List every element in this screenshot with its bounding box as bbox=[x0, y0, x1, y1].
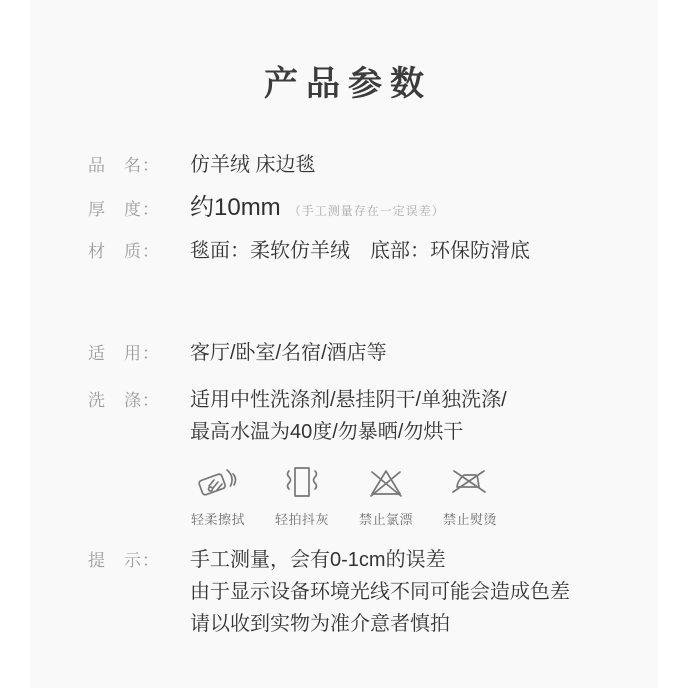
page-title: 产品参数 bbox=[30, 56, 658, 105]
row-product-name: 品 名： 仿羊绒 床边毯 bbox=[88, 153, 316, 178]
row-thickness: 厚 度： 约10mm （手工测量存在一定误差） bbox=[88, 193, 445, 226]
tips-line-3: 请以收到实物为准介意者慎拍 bbox=[190, 608, 570, 640]
row-value: 手工测量，会有0-1cm的误差 由于显示设备环境光线不同可能会造成色差 请以收到… bbox=[190, 544, 570, 640]
content-panel: 产品参数 品 名： 仿羊绒 床边毯 厚 度： 约10mm （手工测量存在一定误差… bbox=[30, 0, 658, 688]
care-instructions: 轻柔擦拭 轻拍抖灰 bbox=[180, 462, 508, 528]
washing-line-1: 适用中性洗涤剂/悬挂阴干/单独洗涤/ bbox=[190, 384, 507, 416]
row-value: 客厅/卧室/名宿/酒店等 bbox=[190, 341, 387, 365]
row-label: 适 用： bbox=[88, 342, 190, 366]
pat-dust-icon bbox=[280, 462, 324, 506]
no-chlorine-bleach-icon bbox=[364, 462, 408, 506]
row-value: 仿羊绒 床边毯 bbox=[190, 153, 316, 177]
row-value: 毯面：柔软仿羊绒 底部：环保防滑底 bbox=[190, 239, 530, 263]
care-item-no-bleach: 禁止氯漂 bbox=[348, 462, 424, 528]
care-item-no-iron: 禁止熨烫 bbox=[432, 462, 508, 528]
care-label: 禁止熨烫 bbox=[443, 509, 497, 528]
row-label: 材 质： bbox=[88, 240, 190, 264]
tips-line-1: 手工测量，会有0-1cm的误差 bbox=[190, 544, 570, 576]
care-label: 轻柔擦拭 bbox=[191, 509, 245, 528]
care-label: 轻拍抖灰 bbox=[275, 509, 329, 528]
row-label: 品 名： bbox=[88, 154, 190, 178]
care-label: 禁止氯漂 bbox=[359, 509, 413, 528]
row-material: 材 质： 毯面：柔软仿羊绒 底部：环保防滑底 bbox=[88, 239, 530, 264]
care-item-pat-dust: 轻拍抖灰 bbox=[264, 462, 340, 528]
row-washing: 洗 涤： 适用中性洗涤剂/悬挂阴干/单独洗涤/ 最高水温为40度/勿暴晒/勿烘干 bbox=[88, 384, 507, 448]
row-label: 厚 度： bbox=[88, 195, 190, 225]
row-tips: 提 示： 手工测量，会有0-1cm的误差 由于显示设备环境光线不同可能会造成色差… bbox=[88, 544, 570, 640]
row-value: 适用中性洗涤剂/悬挂阴干/单独洗涤/ 最高水温为40度/勿暴晒/勿烘干 bbox=[190, 384, 507, 448]
measurement-note: （手工测量存在一定误差） bbox=[289, 196, 445, 226]
care-item-wipe: 轻柔擦拭 bbox=[180, 462, 256, 528]
row-value: 约10mm bbox=[190, 193, 281, 223]
row-usage: 适 用： 客厅/卧室/名宿/酒店等 bbox=[88, 341, 387, 366]
row-label: 提 示： bbox=[88, 545, 190, 577]
washing-line-2: 最高水温为40度/勿暴晒/勿烘干 bbox=[190, 416, 507, 448]
product-parameters-page: 产品参数 品 名： 仿羊绒 床边毯 厚 度： 约10mm （手工测量存在一定误差… bbox=[0, 0, 688, 688]
tips-line-2: 由于显示设备环境光线不同可能会造成色差 bbox=[190, 576, 570, 608]
row-label: 洗 涤： bbox=[88, 385, 190, 417]
wipe-gently-icon bbox=[196, 462, 240, 506]
no-ironing-icon bbox=[448, 462, 492, 506]
